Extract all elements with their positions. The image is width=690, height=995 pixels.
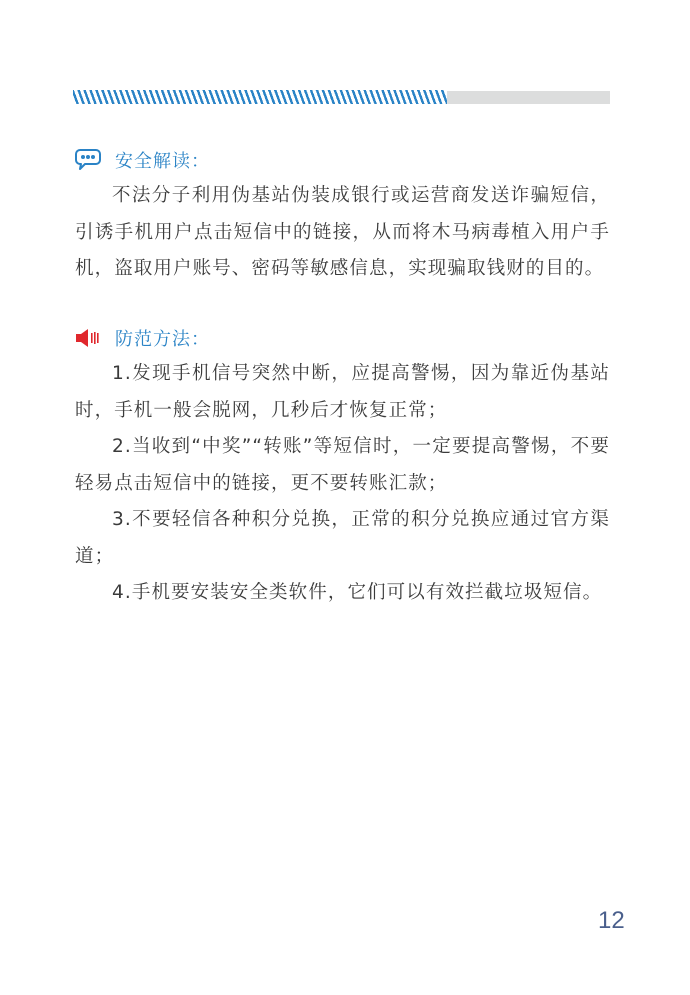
prevention-item: 4.手机要安装安全类软件，它们可以有效拦截垃圾短信。 [75,575,610,612]
prevention-item: 3.不要轻信各种积分兑换，正常的积分兑换应通过官方渠道； [75,502,610,575]
prevention-item: 1.发现手机信号突然中断，应提高警惕，因为靠近伪基站时，手机一般会脱网，几秒后才… [75,356,610,429]
striped-bar-segment [73,90,447,104]
header-decorative-bar [73,90,610,104]
gray-bar-segment [447,91,610,104]
speaker-icon [75,328,101,348]
section-header-prevention: 防范方法： [75,324,210,352]
section-header-interpretation: 安全解读： [75,146,210,174]
chat-bubble-icon [75,148,101,172]
prevention-item: 2.当收到“中奖”“转账”等短信时，一定要提高警惕，不要轻易点击短信中的链接，更… [75,429,610,502]
section-title-prevention: 防范方法： [115,325,210,351]
interpretation-body: 不法分子利用伪基站伪装成银行或运营商发送诈骗短信，引诱手机用户点击短信中的链接，… [75,178,610,288]
section-title-interpretation: 安全解读： [115,147,210,173]
prevention-list: 1.发现手机信号突然中断，应提高警惕，因为靠近伪基站时，手机一般会脱网，几秒后才… [75,356,610,612]
page-number: 12 [598,907,625,935]
interpretation-paragraph: 不法分子利用伪基站伪装成银行或运营商发送诈骗短信，引诱手机用户点击短信中的链接，… [75,178,610,288]
